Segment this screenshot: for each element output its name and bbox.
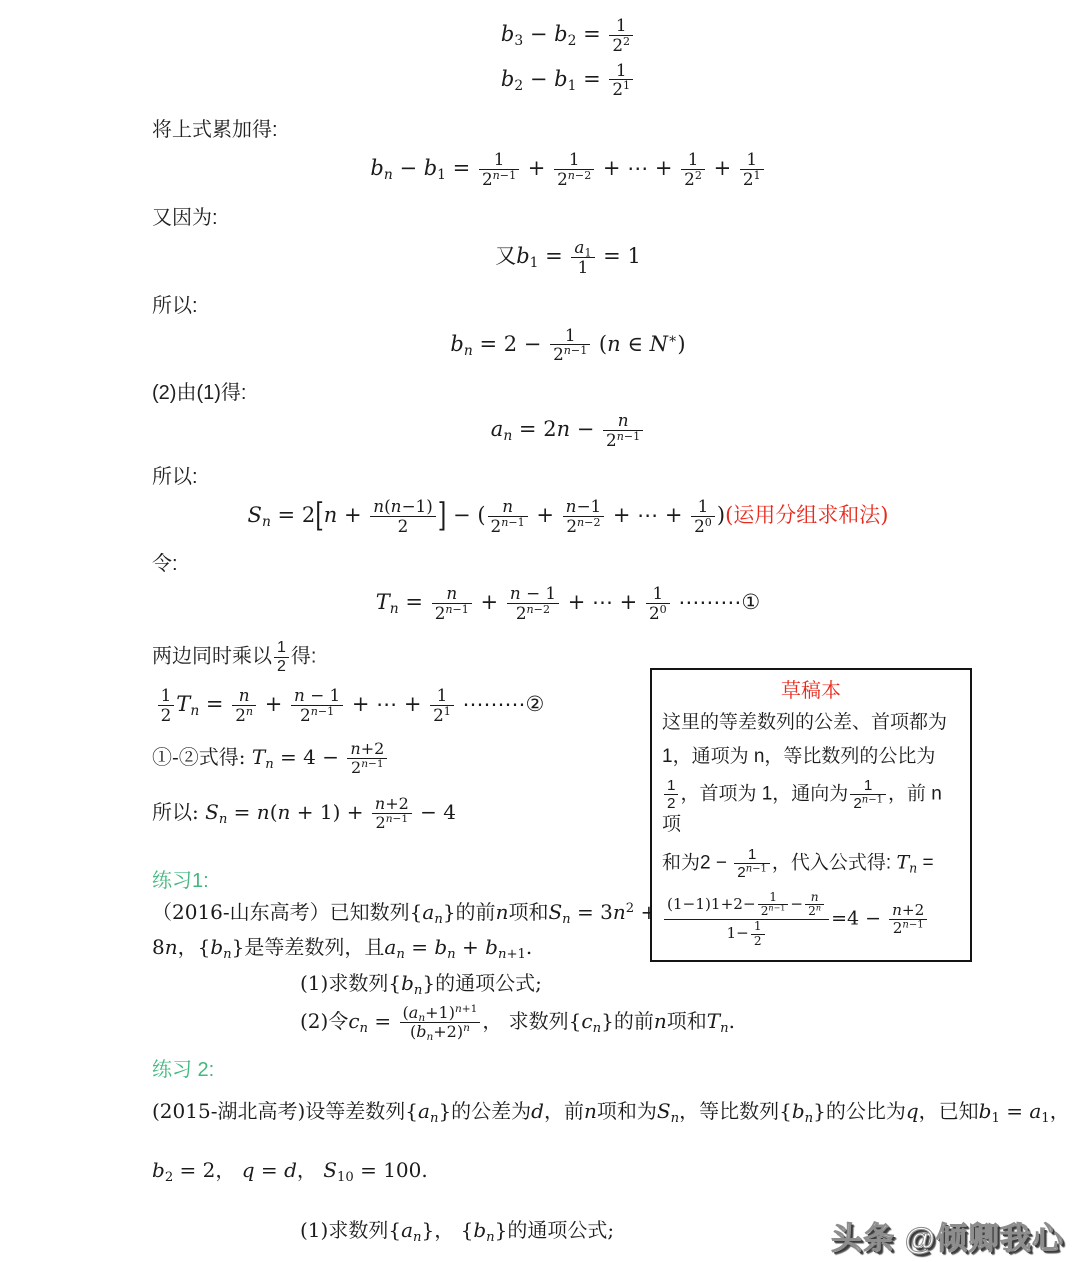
- formula-bn-minus-b1-sum: bn − b1 = 12n−1 + 12n−2 + ⋯ + 122 + 121: [0, 150, 1080, 189]
- exercise1-question1: (1)求数列{bn}的通项公式;: [0, 967, 1080, 996]
- scratch-note-title: 草稿本: [662, 674, 960, 703]
- scratch-note-line: 12，首项为 1，通向为12n−1，前 n 项: [662, 777, 960, 839]
- formula-tn-definition: Tn = n2n−1 + n − 12n−2 + ⋯ + 120 ⋯⋯⋯①: [0, 584, 1080, 623]
- exercise2-problem: (2015-湖北高考)设等差数列{an}的公差为d，前n项和为Sn，等比数列{b…: [152, 1094, 1080, 1129]
- math-notes-page: b3 − b2 = 122 b2 − b1 = 121 将上式累加得: bn −…: [0, 0, 1080, 1262]
- scratch-note-box: 草稿本 这里的等差数列的公差、首项都为 1，通项为 n，等比数列的公比为 12，…: [650, 668, 972, 962]
- label-so-1: 所以:: [0, 289, 1080, 318]
- label-cumulate: 将上式累加得:: [0, 113, 1080, 142]
- formula-bn-closed-form: bn = 2 − 12n−1 (n ∈ N∗): [0, 326, 1080, 365]
- label-because: 又因为:: [0, 201, 1080, 230]
- formula-b1-equals-1: 又b1 = a11 = 1: [0, 238, 1080, 277]
- label-let: 令:: [0, 547, 1080, 576]
- formula-b3-minus-b2: b3 − b2 = 122: [0, 16, 1080, 55]
- formula-half-tn: 12Tn = n2n + n − 12n−1 + ⋯ + 121 ⋯⋯⋯②: [0, 686, 700, 725]
- formula-sn-grouped: Sn = 2[n + n(n−1)2] − (n2n−1 + n−12n−2 +…: [0, 497, 1080, 536]
- formula-b2-minus-b1: b2 − b1 = 121: [0, 61, 1080, 100]
- exercise2-given: b2 = 2， q = d， S10 = 100.: [152, 1153, 1080, 1188]
- formula-an: an = 2n − n2n−1: [0, 411, 1080, 450]
- exercise1-problem: （2016-山东高考）已知数列{an}的前n项和Sn = 3n2 + 8n，{b…: [152, 895, 692, 965]
- label-so-2: 所以:: [0, 460, 1080, 489]
- watermark-toutiao: 头条 @倾卿我心: [831, 1213, 1064, 1258]
- scratch-note-line: 1，通项为 n，等比数列的公比为: [662, 744, 960, 771]
- exercise2-label: 练习 2:: [0, 1053, 1080, 1082]
- scratch-note-line: 和为2 − 12n−1，代入公式得: Tn =: [662, 846, 960, 881]
- label-from-part1: (2)由(1)得:: [0, 376, 1080, 405]
- scratch-note-line: (1−1)1+2−12n−1−n2n1−12=4 − n+22n−1: [662, 891, 960, 948]
- exercise1-question2: (2)令cn = (an+1)n+1(bn+2)n， 求数列{cn}的前n项和T…: [0, 1004, 1080, 1041]
- scratch-note-line: 这里的等差数列的公差、首项都为: [662, 710, 960, 737]
